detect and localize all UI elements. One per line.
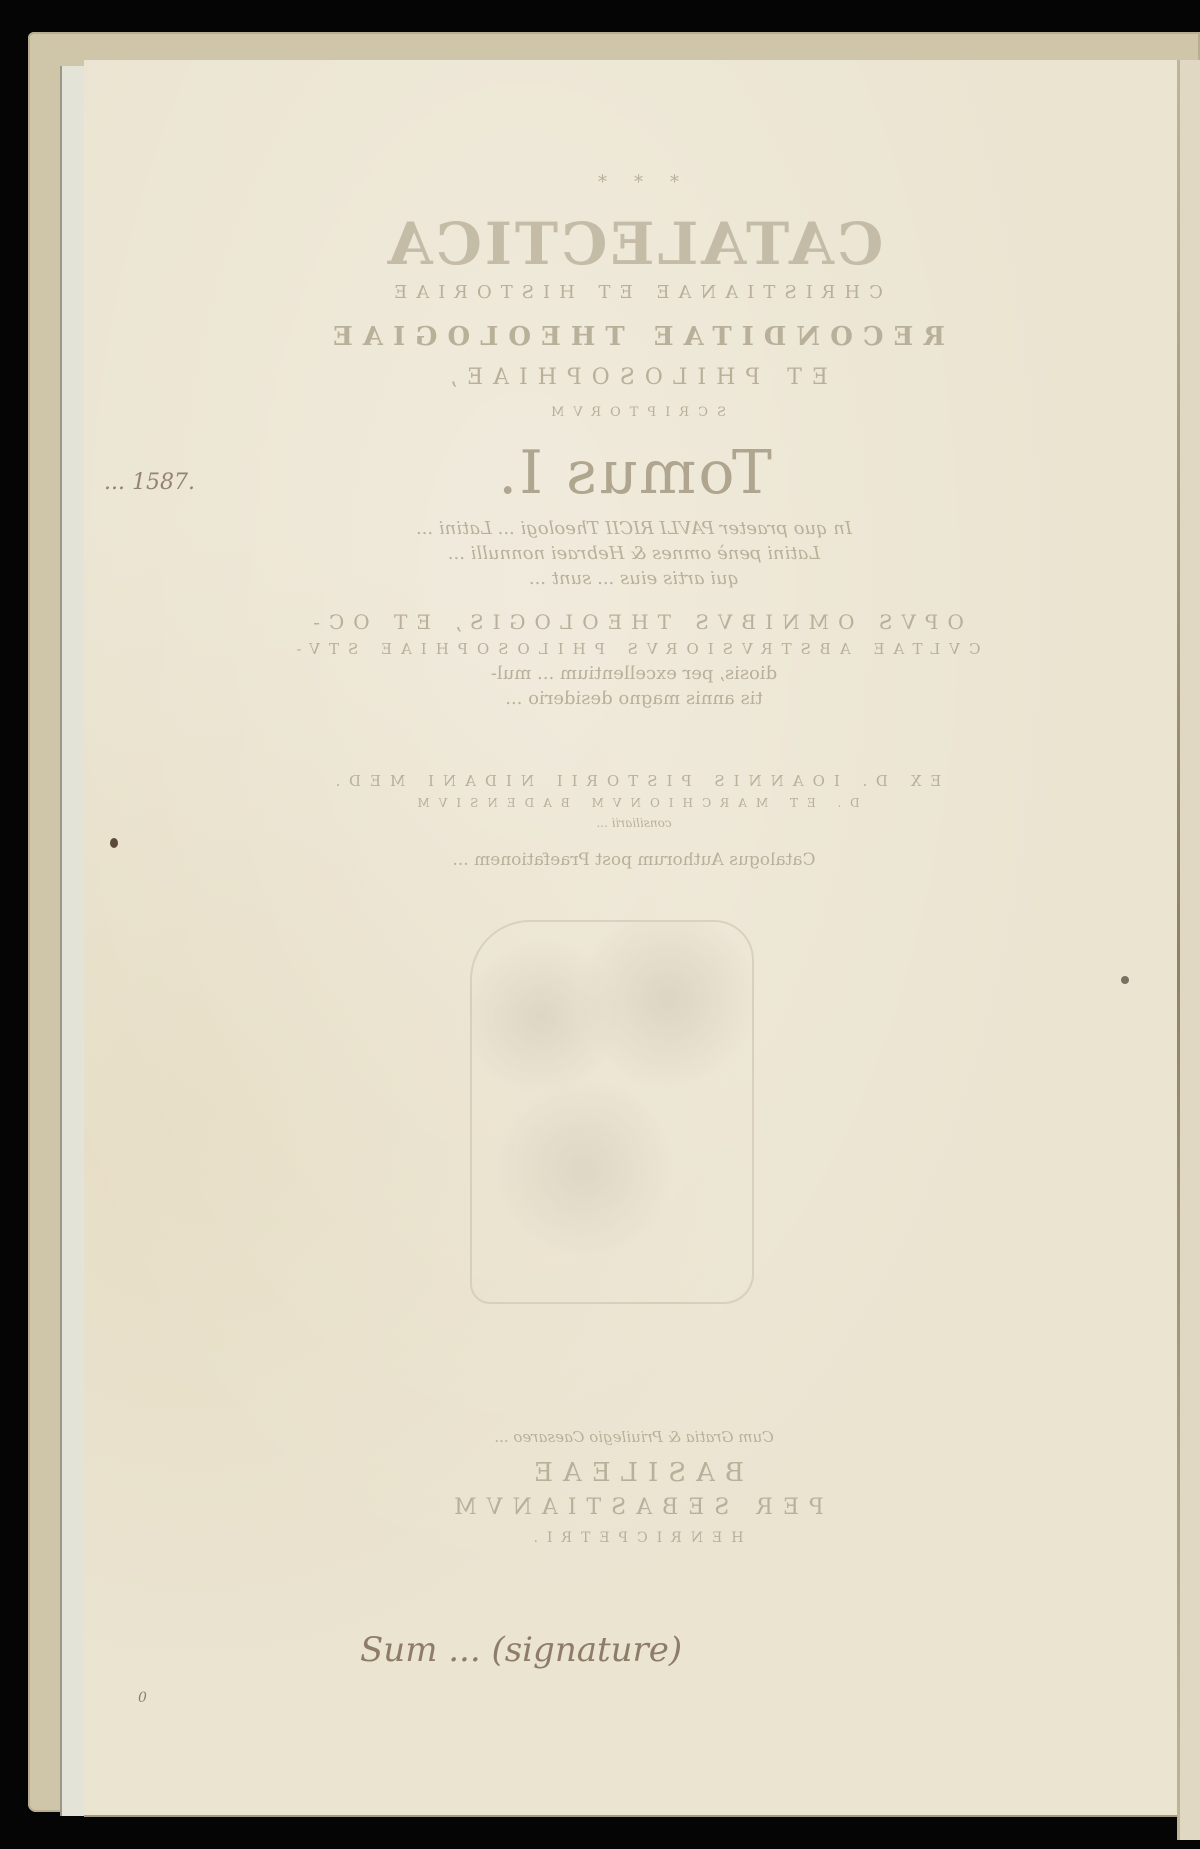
bleed-line: SCRIPTORVM xyxy=(84,405,1184,420)
woodcut-printer-device xyxy=(470,920,754,1304)
bleed-line: BASILEAE xyxy=(84,1458,1184,1488)
bleed-tomus: Tomus I. xyxy=(84,438,1184,508)
bleed-line: ∗ ∗ ∗ xyxy=(84,168,1184,189)
bleed-line: EX D. IOANNIS PISTORII NIDANI MED. xyxy=(84,772,1184,790)
bleed-line: HENRICPETRI. xyxy=(84,1530,1184,1546)
bleed-line: D. ET MARCHIONVM BADENSIVM xyxy=(84,796,1184,810)
pencil-mark: 0 xyxy=(138,1690,147,1706)
bleed-line: RECONDITAE THEOLOGIAE xyxy=(84,322,1184,352)
bleed-line: consiliarii ... xyxy=(84,816,1184,830)
handwritten-signature: Sum ... (signature) xyxy=(360,1630,682,1670)
bleed-title: CATALECTICA xyxy=(84,210,1184,278)
bleed-line: Catalogus Authorum post Praefationem ... xyxy=(84,850,1184,870)
bleed-line: Latini penè omnes & Hebraei nonnulli ... xyxy=(84,543,1184,564)
bleed-line: CVLTAE ABSTRVSIORVS PHILOSOPHIAE STV- xyxy=(84,640,1184,658)
bleed-line: PER SEBASTIANVM xyxy=(84,1495,1184,1520)
bleed-line: CHRISTIANAE ET HISTORIAE xyxy=(84,282,1184,303)
bleed-line: tis annis magno desiderio ... xyxy=(84,688,1184,709)
ink-spot xyxy=(110,838,118,848)
bleed-through-title-page: ∗ ∗ ∗ CATALECTICA CHRISTIANAE ET HISTORI… xyxy=(84,60,1184,1815)
handwritten-margin-note: ... 1587. xyxy=(104,470,195,495)
ink-spot xyxy=(1121,976,1129,984)
bleed-line: Cum Gratia & Priuilegio Caesareo ... xyxy=(84,1428,1184,1446)
bleed-line: OPVS OMNIBVS THEOLOGIS, ET OC- xyxy=(84,610,1184,634)
bleed-line: qui artis eius ... sunt ... xyxy=(84,568,1184,589)
bleed-line: ET PHILOSOPHIAE, xyxy=(84,365,1184,390)
bleed-line: diosis, per excellentium ... mul- xyxy=(84,663,1184,684)
bleed-line: In quo praeter PAVLI RICII Theologi ... … xyxy=(84,518,1184,539)
